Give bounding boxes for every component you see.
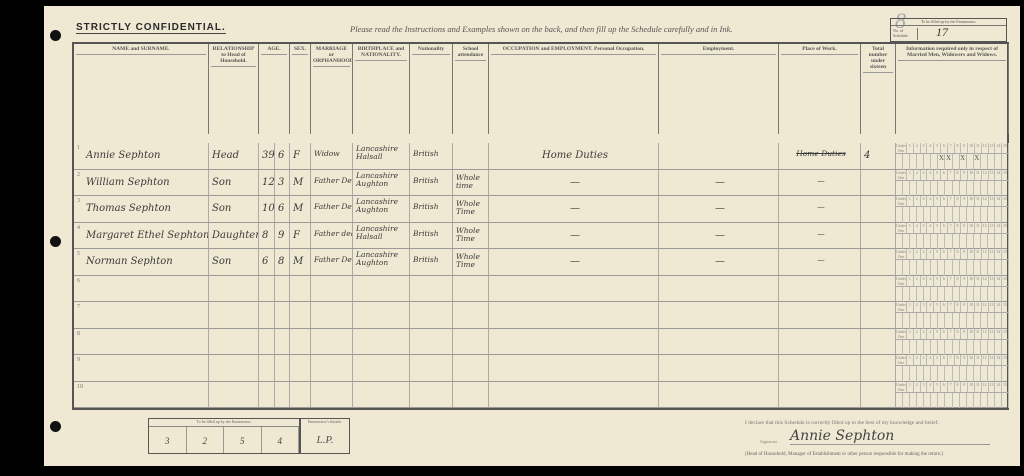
child-age-grid: Under One123456789101112131415 [896, 276, 1009, 302]
cell-sex: M [290, 196, 311, 222]
cell-sons [861, 355, 896, 381]
cell-sex [290, 302, 311, 328]
cell-name: Annie Sephton [74, 143, 209, 169]
cell-place: — [779, 249, 861, 275]
cell-age-months: 6 [275, 196, 290, 222]
binding-hole [50, 236, 61, 247]
table-row: 1Annie SephtonHead396FWidowLancashire Ha… [74, 143, 1007, 170]
cell-nationality [410, 276, 453, 302]
header-name: NAME and SURNAME. [74, 44, 209, 134]
cell-age-months [275, 276, 290, 302]
cell-sons: 4 [861, 143, 896, 169]
cell-birthplace: Lancashire Aughton [353, 170, 410, 196]
binding-hole [50, 421, 61, 432]
cell-age-years [259, 382, 275, 408]
cell-occupation: — [489, 170, 659, 196]
cell-marriage: Father Dead [311, 170, 353, 196]
cell-age-years: 12 [259, 170, 275, 196]
cell-school: Whole time [453, 170, 489, 196]
cell-occupation [489, 355, 659, 381]
schedule-number: 17 [936, 25, 948, 40]
cell-age-months: 8 [275, 249, 290, 275]
cell-occupation [489, 329, 659, 355]
cell-birthplace [353, 329, 410, 355]
cell-name [74, 355, 209, 381]
cell-nationality [410, 329, 453, 355]
header-place: Place of Work. [779, 44, 861, 134]
persons-count: 5 [224, 427, 262, 453]
header-nationality: Nationality [410, 44, 453, 134]
cell-employment [659, 355, 779, 381]
cell-nationality [410, 355, 453, 381]
cell-sons [861, 170, 896, 196]
cell-employment [659, 276, 779, 302]
header-relationship: RELATIONSHIP to Head of Household. [209, 44, 259, 134]
cell-name [74, 329, 209, 355]
table-row: 4Margaret Ethel SephtonDaughter89FFather… [74, 223, 1007, 250]
cell-place [779, 276, 861, 302]
cell-employment [659, 382, 779, 408]
cell-place [779, 382, 861, 408]
child-age-grid: Under One123456789101112131415 [896, 223, 1009, 249]
cell-occupation [489, 276, 659, 302]
child-age-grid: Under One123456789101112131415 [896, 329, 1009, 355]
cell-age-months: 3 [275, 170, 290, 196]
cell-sex [290, 382, 311, 408]
header-school: School attendance [453, 44, 489, 134]
cell-marriage [311, 355, 353, 381]
cell-school: Whole Time [453, 196, 489, 222]
enumerator-initials: L.P. [301, 434, 349, 446]
child-age-grid: Under One123456789101112131415 [896, 382, 1009, 408]
cell-age-years [259, 276, 275, 302]
table-row: 8Under One123456789101112131415 [74, 329, 1007, 356]
cell-age-months: 6 [275, 143, 290, 169]
cell-sex [290, 276, 311, 302]
cell-nationality [410, 382, 453, 408]
cell-birthplace [353, 276, 410, 302]
cell-age-months [275, 355, 290, 381]
table-row: 2William SephtonSon123MFather DeadLancas… [74, 170, 1007, 197]
table-row: 6Under One123456789101112131415 [74, 276, 1007, 303]
table-row: 9Under One123456789101112131415 [74, 355, 1007, 382]
cell-sons [861, 329, 896, 355]
cell-age-years [259, 302, 275, 328]
cell-relationship: Head [209, 143, 259, 169]
cell-marriage [311, 329, 353, 355]
cell-relationship: Son [209, 170, 259, 196]
cell-sex: F [290, 143, 311, 169]
cell-marriage: Widow [311, 143, 353, 169]
document-title: STRICTLY CONFIDENTIAL. [76, 22, 226, 34]
cell-marriage [311, 382, 353, 408]
cell-age-years: 39 [259, 143, 275, 169]
cell-relationship: Son [209, 196, 259, 222]
cell-relationship [209, 382, 259, 408]
cell-place: Home Duties [779, 143, 861, 169]
cell-occupation [489, 302, 659, 328]
signature: Annie Sephton [790, 428, 990, 445]
cell-sex: M [290, 170, 311, 196]
cell-marriage [311, 276, 353, 302]
cell-age-months [275, 382, 290, 408]
cell-nationality [410, 302, 453, 328]
cell-marriage [311, 302, 353, 328]
cell-place: — [779, 170, 861, 196]
cell-occupation: Home Duties [489, 143, 659, 169]
cell-employment [659, 302, 779, 328]
cell-employment: — [659, 223, 779, 249]
cell-nationality: British [410, 143, 453, 169]
header-children: Information required only in respect of … [896, 44, 1009, 134]
cell-sons [861, 276, 896, 302]
cell-relationship [209, 276, 259, 302]
cell-occupation: — [489, 196, 659, 222]
cell-marriage: Father Dead [311, 249, 353, 275]
household-table: NAME and SURNAME.RELATIONSHIP to Head of… [72, 42, 1009, 410]
cell-name: Norman Sephton [74, 249, 209, 275]
cell-name: Thomas Sephton [74, 196, 209, 222]
cell-sex [290, 329, 311, 355]
females-count: 2 [187, 427, 225, 453]
cell-place: — [779, 223, 861, 249]
cell-school [453, 355, 489, 381]
cell-employment [659, 329, 779, 355]
cell-age-years: 10 [259, 196, 275, 222]
cell-school [453, 143, 489, 169]
cell-name: Margaret Ethel Sephton [74, 223, 209, 249]
enumerator-box: To be filled up by the Enumerator. 3 2 5… [148, 418, 300, 454]
child-age-grid: Under One123456789101112131415 [896, 302, 1009, 328]
table-row: 7Under One123456789101112131415 [74, 302, 1007, 329]
cell-school: Whole Time [453, 223, 489, 249]
child-age-grid: Under One123456789101112131415XXXX [896, 143, 1009, 169]
cell-age-years [259, 329, 275, 355]
signature-note: (Head of Household, Manager of Establish… [745, 452, 943, 457]
cell-sons [861, 302, 896, 328]
cell-birthplace: Lancashire Aughton [353, 196, 410, 222]
cell-school [453, 302, 489, 328]
cell-marriage: Father Dead [311, 196, 353, 222]
cell-sons [861, 196, 896, 222]
cell-name [74, 382, 209, 408]
cell-relationship [209, 355, 259, 381]
schedule-number-box: To be filled up by the Enumerator. No. o… [890, 18, 1007, 42]
cell-place [779, 302, 861, 328]
cell-birthplace [353, 382, 410, 408]
declaration-text: I declare that this Schedule is correctl… [745, 420, 939, 426]
child-age-grid: Under One123456789101112131415 [896, 170, 1009, 196]
cell-birthplace [353, 355, 410, 381]
instruction-text: Please read the Instructions and Example… [350, 24, 733, 34]
cell-sex: F [290, 223, 311, 249]
cell-school [453, 382, 489, 408]
table-row: 10Under One123456789101112131415 [74, 382, 1007, 409]
cell-relationship: Son [209, 249, 259, 275]
cell-school [453, 329, 489, 355]
cell-place: — [779, 196, 861, 222]
cell-sons [861, 223, 896, 249]
cell-age-months [275, 302, 290, 328]
signature-label: Signature [760, 439, 777, 444]
cell-age-months [275, 329, 290, 355]
child-age-grid: Under One123456789101112131415 [896, 196, 1009, 222]
cell-occupation: — [489, 223, 659, 249]
enumerator-initials-box: Enumerator's Initials. L.P. [300, 418, 350, 454]
cell-nationality: British [410, 170, 453, 196]
header-marriage: MARRIAGE or ORPHANHOOD. [311, 44, 353, 134]
rooms-count: 4 [262, 427, 300, 453]
cell-employment: — [659, 249, 779, 275]
cell-employment: — [659, 196, 779, 222]
cell-place [779, 329, 861, 355]
cell-sons [861, 382, 896, 408]
cell-sons [861, 249, 896, 275]
table-row: 5Norman SephtonSon68MFather DeadLancashi… [74, 249, 1007, 276]
cell-nationality: British [410, 223, 453, 249]
cell-name [74, 276, 209, 302]
cell-occupation: — [489, 249, 659, 275]
table-row: 3Thomas SephtonSon106MFather DeadLancash… [74, 196, 1007, 223]
header-occupation: OCCUPATION and EMPLOYMENT. Personal Occu… [489, 44, 659, 134]
cell-employment [659, 143, 779, 169]
cell-relationship [209, 329, 259, 355]
cell-name [74, 302, 209, 328]
cell-relationship: Daughter [209, 223, 259, 249]
cell-relationship [209, 302, 259, 328]
child-age-grid: Under One123456789101112131415 [896, 355, 1009, 381]
header-employment: Employment. [659, 44, 779, 134]
males-count: 3 [149, 427, 187, 453]
cell-occupation [489, 382, 659, 408]
cell-birthplace: Lancashire Halsall [353, 143, 410, 169]
cell-school: Whole Time [453, 249, 489, 275]
cell-employment: — [659, 170, 779, 196]
binding-hole [50, 30, 61, 41]
cell-nationality: British [410, 249, 453, 275]
cell-age-years [259, 355, 275, 381]
cell-sex: M [290, 249, 311, 275]
cell-birthplace [353, 302, 410, 328]
cell-place [779, 355, 861, 381]
cell-age-years: 8 [259, 223, 275, 249]
cell-name: William Sephton [74, 170, 209, 196]
header-sex: SEX. [290, 44, 311, 134]
cell-age-months: 9 [275, 223, 290, 249]
child-age-grid: Under One123456789101112131415 [896, 249, 1009, 275]
cell-nationality: British [410, 196, 453, 222]
header-age: AGE. [259, 44, 290, 134]
cell-marriage: Father dead [311, 223, 353, 249]
cell-school [453, 276, 489, 302]
header-sons: Total number under sixteen [861, 44, 896, 134]
cell-birthplace: Lancashire Halsall [353, 223, 410, 249]
cell-birthplace: Lancashire Aughton [353, 249, 410, 275]
cell-age-years: 6 [259, 249, 275, 275]
header-birthplace: BIRTHPLACE and NATIONALITY. [353, 44, 410, 134]
cell-sex [290, 355, 311, 381]
